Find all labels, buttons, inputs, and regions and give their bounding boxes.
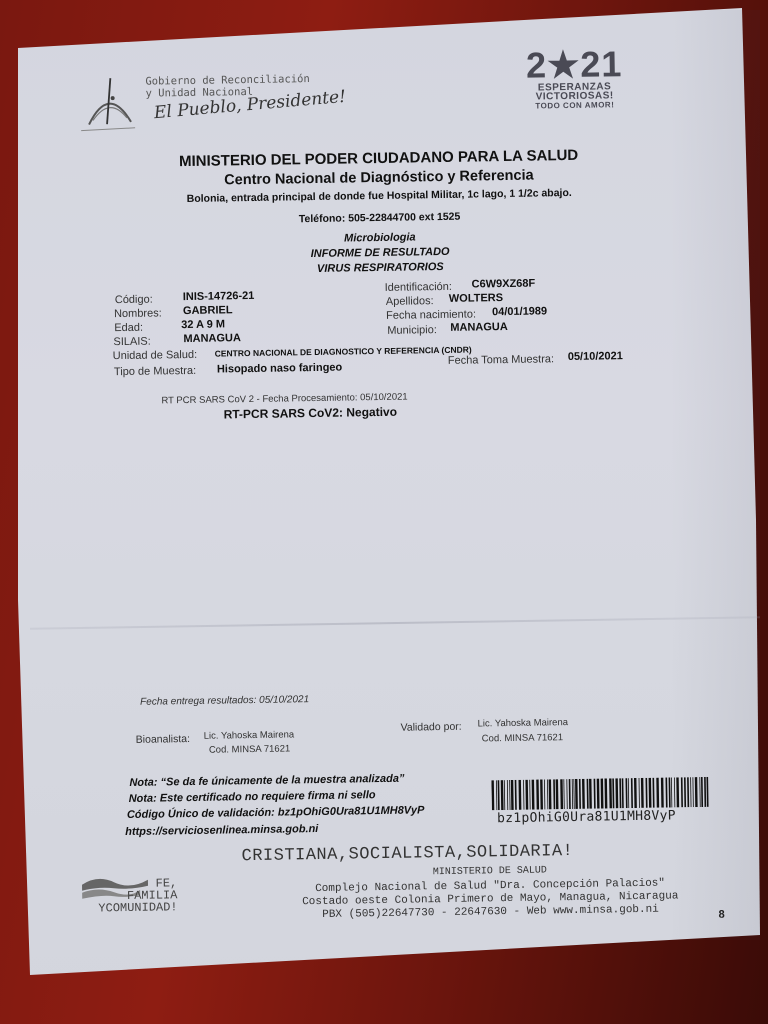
nombres-label: Nombres: (114, 307, 162, 320)
silais-value: MANAGUA (183, 332, 241, 345)
municipio-value: MANAGUA (450, 321, 508, 334)
footer-slogan: CRISTIANA,SOCIALISTA,SOLIDARIA! (241, 842, 573, 866)
logo-2021: 2★21 ESPERANZAS VICTORIOSAS! TODO CON AM… (509, 46, 640, 118)
codigo-label: Código: (115, 294, 153, 307)
identificacion-value: C6W9XZ68F (472, 278, 536, 291)
apellidos-label: Apellidos: (386, 295, 434, 308)
fecha-nacimiento-label: Fecha nacimiento: (386, 308, 476, 321)
barcode-icon (491, 777, 711, 810)
note-2: Nota: Este certificado no requiere firma… (129, 789, 376, 805)
logo-year: 2★21 (509, 46, 640, 84)
delivery-date: Fecha entrega resultados: 05/10/2021 (140, 694, 309, 708)
government-emblem-icon (78, 74, 141, 137)
nombres-value: GABRIEL (183, 304, 233, 317)
municipio-label: Municipio: (387, 324, 437, 337)
bioanalista-label: Bioanalista: (136, 733, 190, 746)
document-content: Gobierno de Reconciliación y Unidad Naci… (0, 0, 768, 1024)
identificacion-label: Identificación: (385, 281, 452, 294)
validation-url[interactable]: https://serviciosenlinea.minsa.gob.ni (125, 823, 318, 838)
validado-label: Validado por: (400, 721, 461, 734)
validado-code: Cod. MINSA 71621 (482, 732, 563, 744)
edad-value: 32 A 9 M (181, 318, 225, 331)
unidad-value: CENTRO NACIONAL DE DIAGNOSTICO Y REFEREN… (215, 345, 472, 359)
test-result: RT-PCR SARS CoV2: Negativo (224, 405, 398, 422)
edad-label: Edad: (114, 322, 143, 334)
unidad-label: Unidad de Salud: (113, 349, 198, 362)
tipo-muestra-value: Hisopado naso faringeo (217, 362, 342, 376)
fecha-toma-value: 05/10/2021 (568, 350, 623, 363)
logo-line3: TODO CON AMOR! (510, 100, 640, 111)
apellidos-value: WOLTERS (449, 292, 503, 305)
barcode-text: bz1pOhiG0Ura81U1MH8VyP (497, 808, 676, 826)
validado-name: Lic. Yahoska Mairena (477, 717, 568, 729)
page-number: 8 (718, 909, 724, 921)
fecha-toma-label: Fecha Toma Muestra: (448, 353, 554, 367)
codigo-value: INIS-14726-21 (183, 290, 255, 303)
fecha-nacimiento-value: 04/01/1989 (492, 305, 547, 318)
tipo-muestra-label: Tipo de Muestra: (114, 365, 196, 378)
bioanalista-code: Cod. MINSA 71621 (209, 743, 290, 755)
note-1: Nota: “Se da fe únicamente de la muestra… (129, 773, 404, 789)
silais-label: SILAIS: (113, 336, 150, 349)
phone: Teléfono: 505-22844700 ext 1525 (0, 206, 764, 230)
validation-code: Código Único de validación: bz1pOhiG0Ura… (127, 804, 425, 821)
bioanalista-name: Lic. Yahoska Mairena (204, 729, 295, 741)
